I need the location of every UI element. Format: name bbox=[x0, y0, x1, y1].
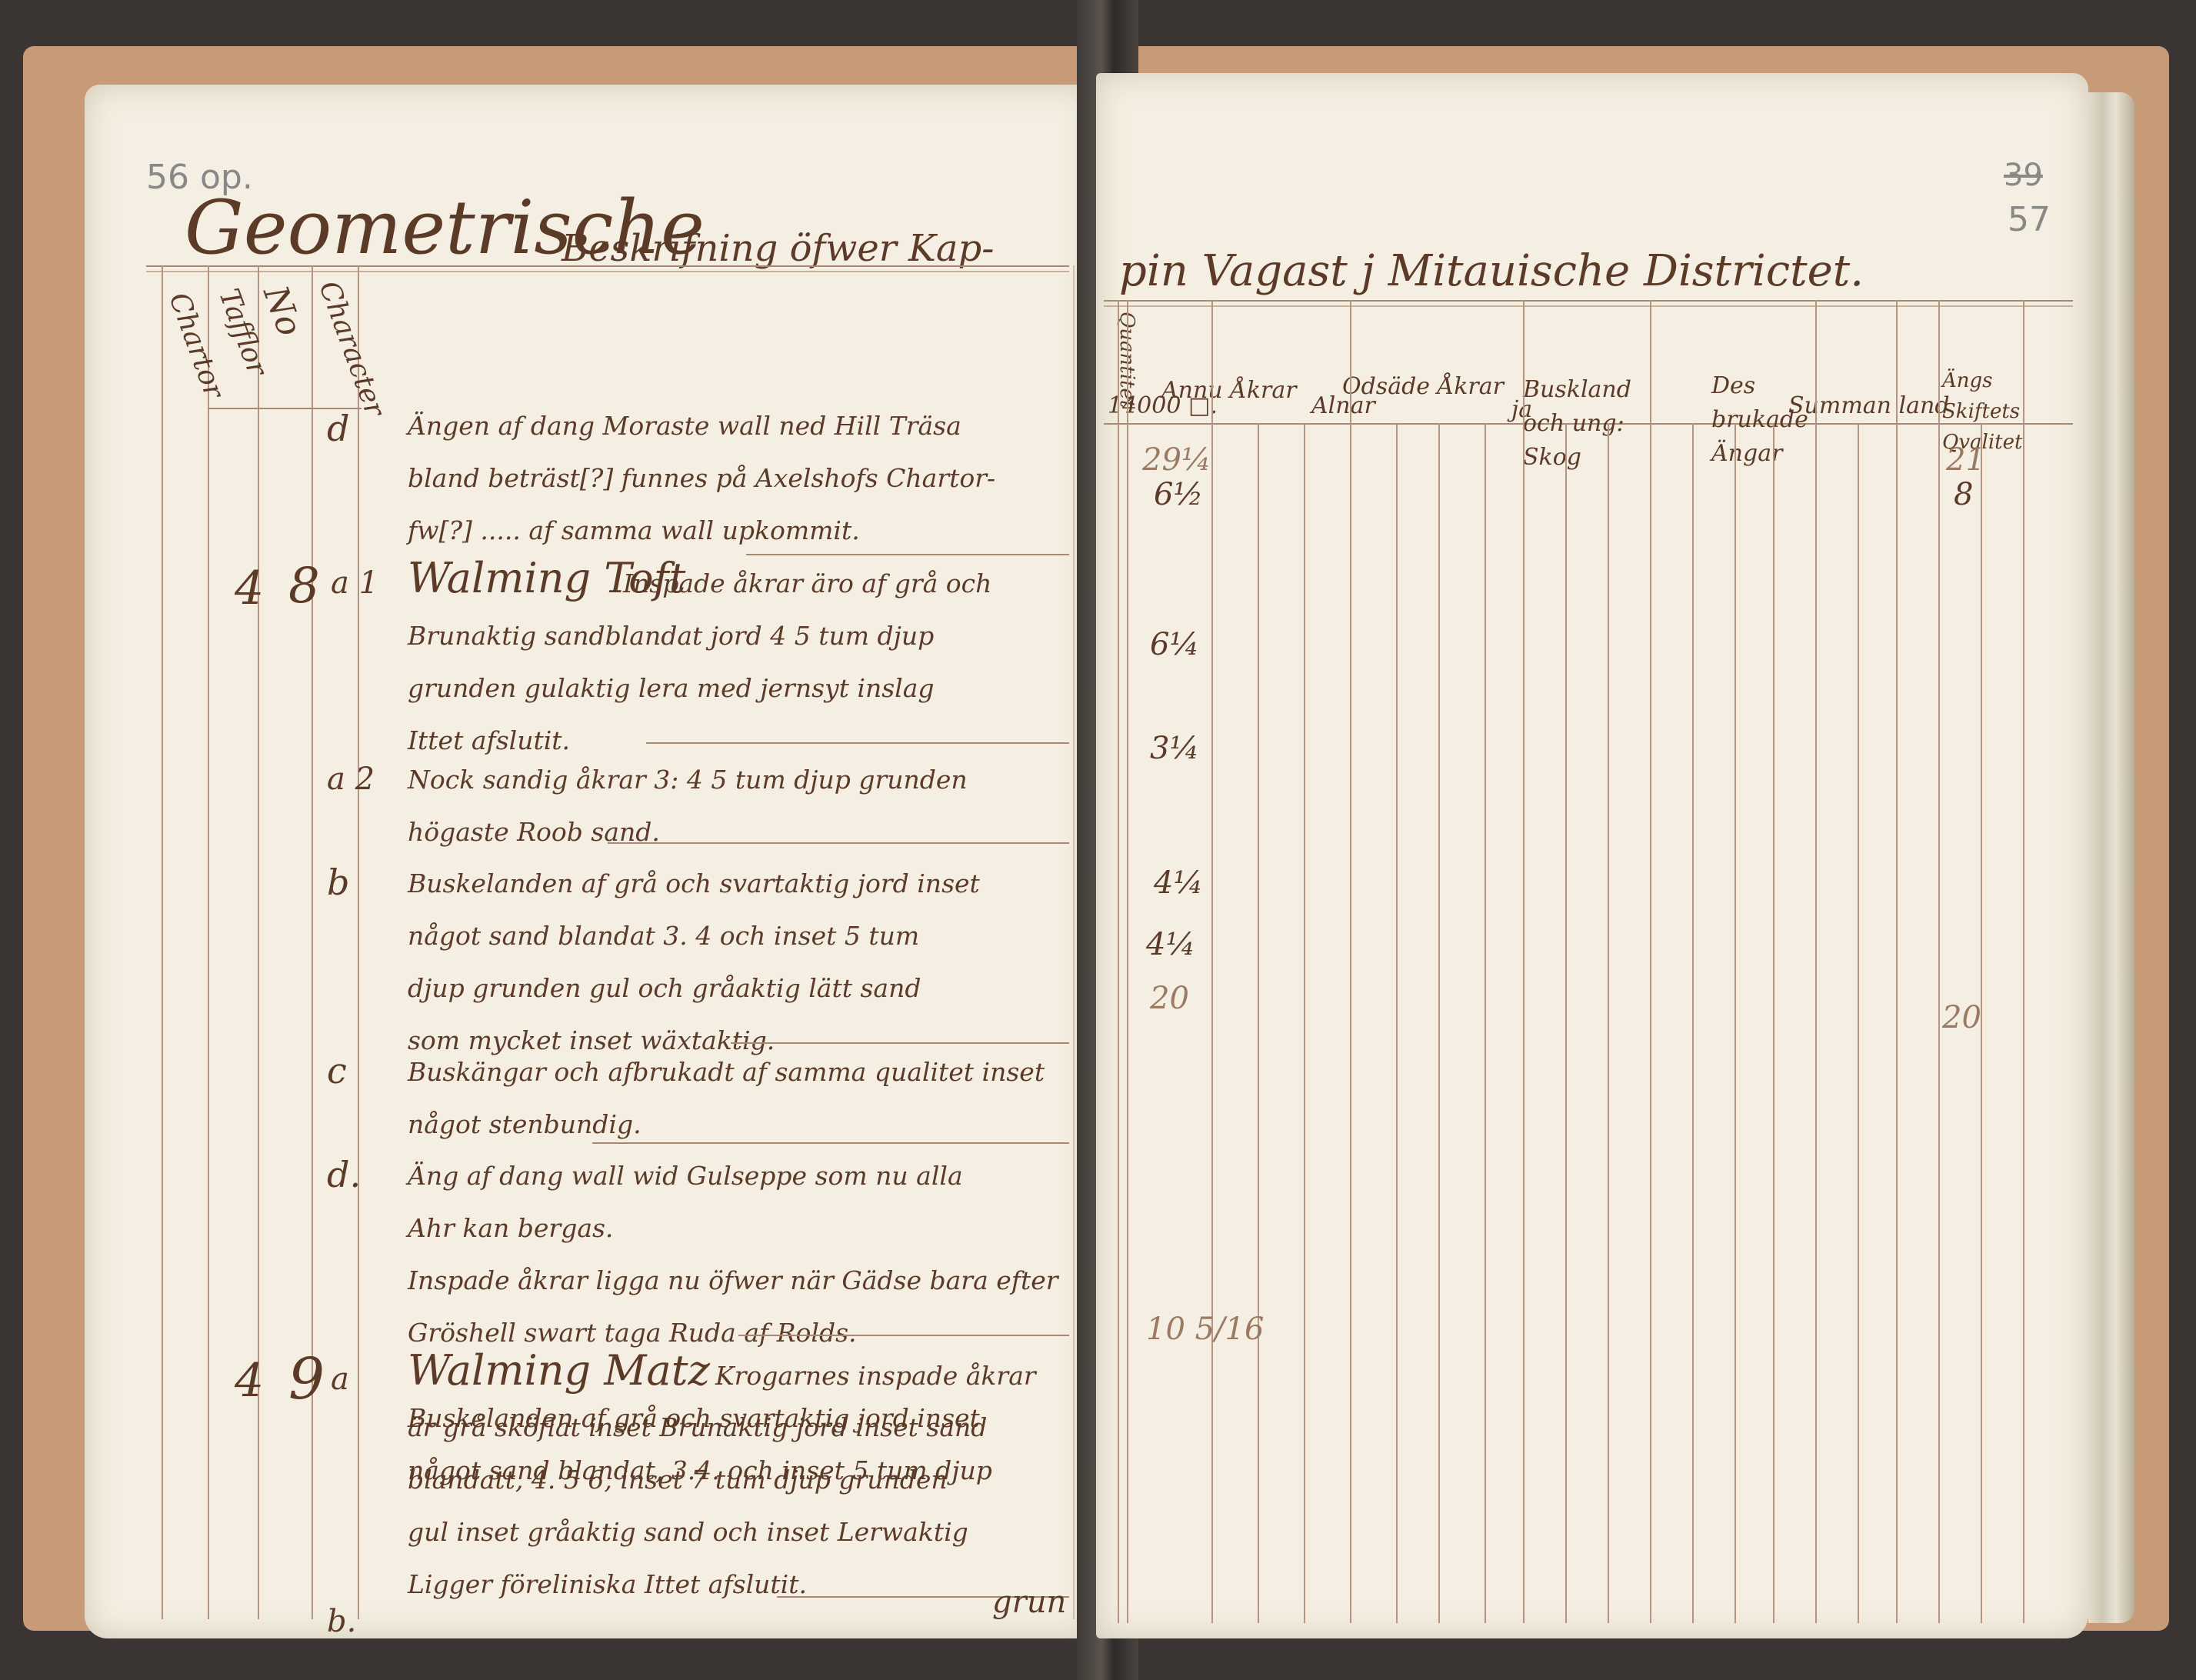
col-rule bbox=[2023, 300, 2024, 1623]
header-rule-2 bbox=[1104, 305, 2073, 307]
ja-label: ja bbox=[1511, 396, 1532, 423]
entry-line: Inspade åkrar ligga nu öfwer när Gädse b… bbox=[408, 1255, 1058, 1307]
col-rule bbox=[1938, 300, 1940, 1623]
quality-value: 8 bbox=[1954, 477, 1973, 512]
entry-line: Brunaktig sandblandat jord 4 5 tum djup bbox=[408, 610, 935, 662]
col-rule bbox=[1304, 423, 1305, 1623]
unit-label: Alnar bbox=[1311, 392, 1375, 419]
title-continuation: pin Vagast j Mitauische Districtet. bbox=[1119, 246, 1864, 296]
entry-code: b bbox=[327, 862, 349, 903]
entry-line: Ängen af dang Moraste wall ned Hill Träs… bbox=[408, 400, 995, 452]
entry-text: Ängen af dang Moraste wall ned Hill Träs… bbox=[408, 400, 995, 557]
col-rule bbox=[1485, 423, 1486, 1623]
entry-end-rule bbox=[592, 1142, 1069, 1144]
col-rule bbox=[208, 265, 209, 1619]
entry-line: något sand blandat, 3.4. och inset 5 tum… bbox=[408, 1445, 992, 1497]
header-rule bbox=[1104, 300, 2073, 302]
page-number: 57 bbox=[2008, 200, 2051, 239]
struck-page-number: 39 bbox=[2004, 158, 2043, 193]
table-number: 9 bbox=[288, 1346, 325, 1412]
entry-line: Buskelanden af grå och svartaktig jord i… bbox=[408, 1392, 992, 1445]
col-header-brukade-angar: Des brukade Ängar bbox=[1711, 369, 1842, 471]
entry-line: bland beträst[?] funnes på Axelshofs Cha… bbox=[408, 452, 995, 505]
col-rule bbox=[1350, 300, 1351, 1623]
entry-code: a bbox=[331, 1362, 349, 1397]
quantity-value: 3¼ bbox=[1150, 731, 1199, 766]
col-rule bbox=[358, 265, 359, 1619]
quality-value: 20 bbox=[1942, 1000, 1981, 1035]
col-rule bbox=[1118, 300, 1119, 1623]
entry-line: Nock sandig åkrar 3: 4 5 tum djup grunde… bbox=[408, 754, 968, 806]
col-header-buskland: Buskland och ung: Skog bbox=[1523, 373, 1654, 475]
entry-code: d. bbox=[327, 1154, 361, 1195]
quantity-value: 4¼ bbox=[1146, 927, 1195, 962]
entry-line: Buskelanden af grå och svartaktig jord i… bbox=[408, 858, 980, 910]
entry-text: Buskelanden af grå och svartaktig jord i… bbox=[408, 858, 980, 1067]
entry-code: a 2 bbox=[327, 762, 375, 797]
col-rule bbox=[1858, 423, 1859, 1623]
area-label: 14000 □. bbox=[1108, 392, 1218, 419]
table-number: 8 bbox=[288, 558, 320, 615]
entry-end-rule bbox=[746, 554, 1069, 555]
col-rule bbox=[1523, 300, 1525, 1623]
quantity-value: 10 5/16 bbox=[1146, 1312, 1264, 1347]
entry-line: Ligger föreliniska Ittet afslutit. bbox=[408, 1558, 987, 1611]
entry-line: djup grunden gul och gråaktig lätt sand bbox=[408, 962, 980, 1015]
entry-text: Äng af dang wall wid Gulseppe som nu all… bbox=[408, 1150, 1058, 1359]
entry-text: Buskängar och afbrukadt af samma qualite… bbox=[408, 1046, 1045, 1151]
quantity-value: 6¼ bbox=[1150, 627, 1199, 662]
quantity-value: 29¼ bbox=[1142, 442, 1211, 478]
entry-line: Ahr kan bergas. bbox=[408, 1202, 1058, 1255]
entry-end-rule bbox=[608, 842, 1069, 844]
entry-end-rule bbox=[738, 1335, 1069, 1336]
page-edges bbox=[2088, 92, 2134, 1623]
quantity-value: 20 bbox=[1150, 981, 1189, 1016]
entry-heading: Walming Matz bbox=[408, 1346, 710, 1395]
entry-code: c bbox=[327, 1050, 347, 1092]
entry-text: Buskelanden af grå och svartaktig jord i… bbox=[408, 1392, 992, 1497]
entry-end-rule bbox=[646, 742, 1069, 744]
entry-line: Inspade åkrar äro af grå och bbox=[623, 558, 991, 610]
entry-line: grunden gulaktig lera med jernsyt inslag bbox=[408, 662, 935, 715]
entry-code: b. bbox=[327, 1604, 356, 1639]
col-rule bbox=[1211, 300, 1213, 1623]
col-rule bbox=[1127, 300, 1128, 1623]
col-rule bbox=[1896, 300, 1898, 1623]
col-rule bbox=[1773, 423, 1774, 1623]
col-rule bbox=[1734, 423, 1736, 1623]
entry-code: d bbox=[327, 408, 349, 449]
quantity-value: 6½ bbox=[1154, 477, 1203, 512]
col-header-no: No bbox=[255, 281, 309, 342]
entry-line: gul inset gråaktig sand och inset Lerwak… bbox=[408, 1506, 987, 1558]
col-rule bbox=[1565, 423, 1567, 1623]
quantity-value: 4¼ bbox=[1154, 865, 1203, 901]
entry-line: Buskängar och afbrukadt af samma qualite… bbox=[408, 1046, 1045, 1098]
col-header-character: Character bbox=[312, 277, 390, 421]
entry-line: högaste Roob sand. bbox=[408, 806, 968, 858]
col-rule bbox=[312, 265, 313, 1619]
entry-end-rule bbox=[731, 1042, 1069, 1044]
col-rule bbox=[1438, 423, 1440, 1623]
summary-label: Summan land bbox=[1788, 392, 1950, 419]
col-rule bbox=[258, 265, 259, 1619]
col-rule bbox=[1650, 300, 1651, 1623]
chart-number: 4 bbox=[235, 1354, 264, 1408]
right-page: 39 57 pin Vagast j Mitauische Districtet… bbox=[1096, 73, 2088, 1638]
col-rule bbox=[1815, 300, 1817, 1623]
chart-number: 4 bbox=[235, 562, 264, 615]
title-beskrifning: Beskrifning öfwer Kap- bbox=[561, 227, 994, 270]
col-rule bbox=[162, 265, 163, 1619]
entry-code: a 1 bbox=[331, 565, 378, 601]
header-rule-2 bbox=[146, 271, 1069, 272]
col-rule bbox=[1692, 423, 1694, 1623]
header-rule bbox=[146, 265, 1069, 267]
col-rule bbox=[1073, 265, 1075, 1619]
col-rule bbox=[1258, 423, 1259, 1623]
quality-value: 21 bbox=[1946, 442, 1985, 478]
entry-text: Inspade åkrar äro af grå och bbox=[623, 558, 991, 610]
catchword: grun bbox=[992, 1585, 1066, 1620]
entry-line: fw[?] ..... af samma wall upkommit. bbox=[408, 505, 995, 557]
entry-line: något sand blandat 3. 4 och inset 5 tum bbox=[408, 910, 980, 962]
col-rule bbox=[1396, 423, 1398, 1623]
col-rule bbox=[1608, 423, 1609, 1623]
entry-line: Äng af dang wall wid Gulseppe som nu all… bbox=[408, 1150, 1058, 1202]
